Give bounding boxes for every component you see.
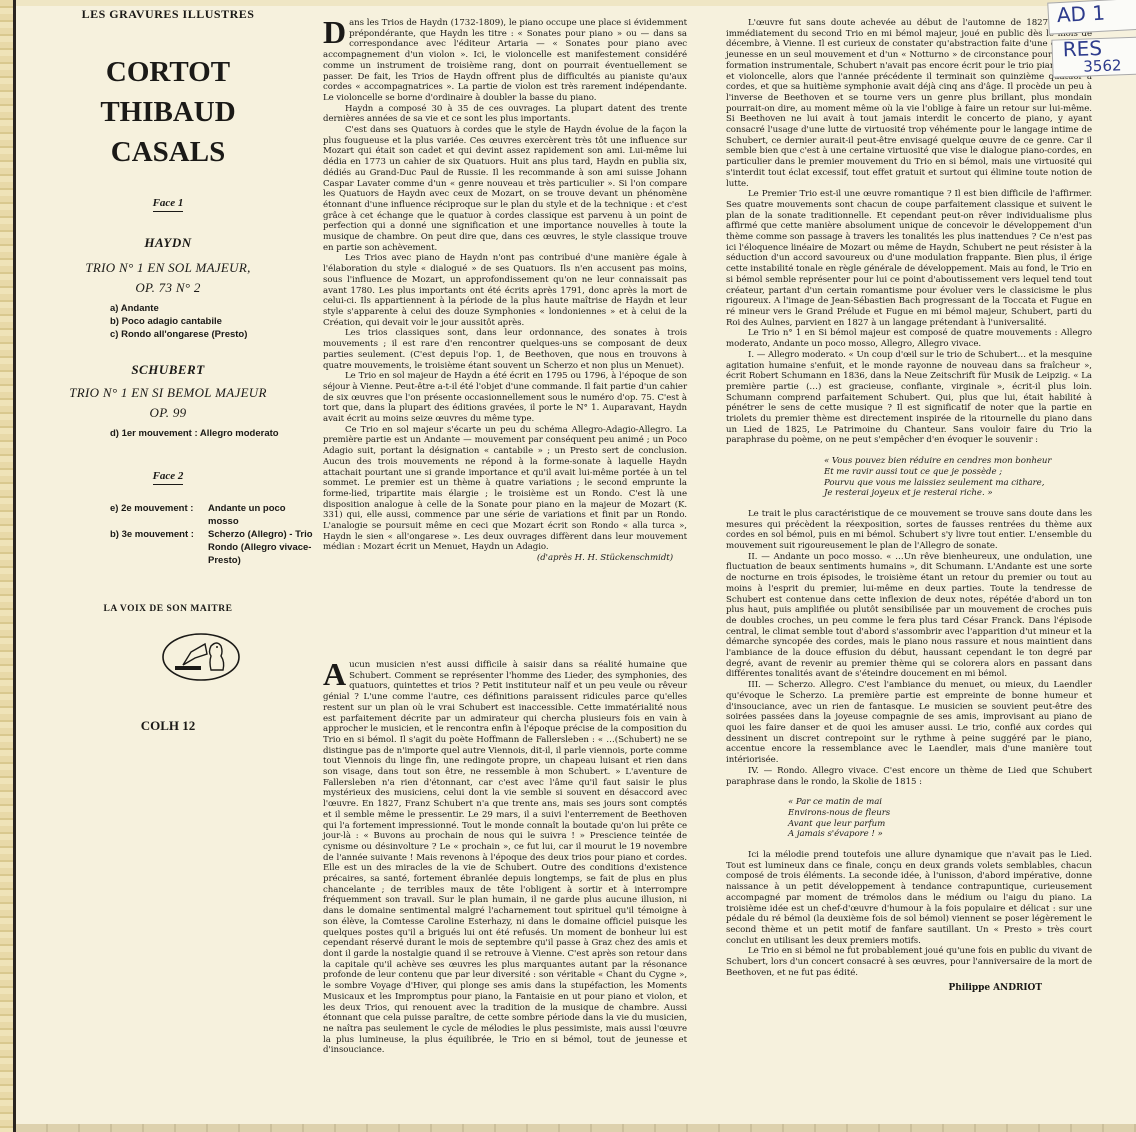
movement-item: d) 1er mouvement : Allegro moderato [110, 427, 279, 440]
movement-item: e) 2e mouvement : Andante un pocomosso [110, 502, 313, 528]
notes-paragraph: Les Trios avec piano de Haydn n'ont pas … [323, 253, 687, 328]
haydn-movements: a) Andante b) Poco adagio cantabile c) R… [110, 302, 247, 341]
series-title: LES GRAVURES ILLUSTRES [18, 7, 318, 22]
notes-paragraph: L'œuvre fut sans doute achevée au début … [726, 18, 1092, 189]
schubert-movement-face1: d) 1er mouvement : Allegro moderato [110, 427, 279, 440]
artist-name: CASALS [18, 132, 318, 172]
library-sticker-shelfmark: RES 3562 [1051, 36, 1136, 77]
notes-paragraph: Haydn a composé 30 à 35 de ces ouvrages.… [323, 104, 687, 125]
work-title-schubert: TRIO N° 1 EN SI BEMOL MAJEUR OP. 99 [18, 383, 318, 423]
notes-paragraph: II. — Andante un poco mosso. « …Un rêve … [726, 552, 1092, 680]
notes-paragraph: Le Trio n° 1 en Si bémol majeur est comp… [726, 328, 1092, 349]
notes-paragraph: Le Trio en sol majeur de Haydn a été écr… [323, 371, 687, 425]
artists-heading: CORTOT THIBAUD CASALS [18, 52, 318, 172]
poem-quote: « Vous pouvez bien réduire en cendres mo… [824, 456, 1092, 499]
movement-item: b) 3e mouvement : Scherzo (Allegro) - Tr… [110, 528, 313, 567]
notes-paragraph: Le trait le plus caractéristique de ce m… [726, 509, 1092, 552]
notes-paragraph: Le Trio en si bémol ne fut probablement … [726, 946, 1092, 978]
his-masters-voice-logo-icon [161, 632, 241, 682]
face-1-heading: Face 1 [18, 197, 318, 209]
face-2-heading: Face 2 [18, 470, 318, 482]
notes-paragraph: Aucun musicien n'est aussi difficile à s… [323, 660, 687, 1056]
notes-paragraph: Le Premier Trio est-il une œuvre romanti… [726, 189, 1092, 328]
notes-paragraph: III. — Scherzo. Allegro. C'est l'ambianc… [726, 680, 1092, 766]
record-sleeve-spine [0, 0, 14, 1132]
citation: (d'après H. H. Stückenschmidt) [323, 553, 673, 564]
drop-cap: D [323, 19, 346, 45]
spine-edge-line [13, 0, 16, 1132]
notes-paragraph: Les trios classiques sont, dans leur ord… [323, 328, 687, 371]
artist-name: THIBAUD [18, 92, 318, 132]
notes-paragraph: C'est dans ses Quatuors à cordes que le … [323, 125, 687, 253]
catalog-number: COLH 12 [18, 718, 318, 734]
schubert-liner-notes: Aucun musicien n'est aussi difficile à s… [323, 660, 687, 1056]
notes-paragraph: Ici la mélodie prend toutefois une allur… [726, 850, 1092, 946]
library-sticker-top: AD 1 [1047, 0, 1136, 35]
notes-paragraph: I. — Allegro moderato. « Un coup d'œil s… [726, 350, 1092, 446]
author-signature: Philippe ANDRIOT [726, 983, 1042, 994]
composer-haydn: HAYDN [18, 235, 318, 251]
notes-paragraph: Dans les Trios de Haydn (1732-1809), le … [323, 18, 687, 104]
haydn-liner-notes: Dans les Trios de Haydn (1732-1809), le … [323, 18, 687, 564]
movement-item: a) Andante [110, 302, 247, 315]
composer-schubert: SCHUBERT [18, 362, 318, 378]
schubert-trio-analysis: L'œuvre fut sans doute achevée au début … [726, 18, 1092, 994]
notes-paragraph: Ce Trio en sol majeur s'écarte un peu du… [323, 425, 687, 553]
face-2-movements: e) 2e mouvement : Andante un pocomosso b… [110, 502, 313, 567]
movement-item: c) Rondo all'ongarese (Presto) [110, 328, 247, 341]
track-listing-panel: LES GRAVURES ILLUSTRES CORTOT THIBAUD CA… [18, 0, 318, 1132]
work-title-haydn: TRIO N° 1 EN SOL MAJEUR, OP. 73 N° 2 [18, 258, 318, 298]
record-label-name: LA VOIX DE SON MAITRE [18, 604, 318, 614]
poem-quote: « Par ce matin de mai Environs-nous de f… [788, 797, 1092, 840]
artist-name: CORTOT [18, 52, 318, 92]
drop-cap: A [323, 661, 346, 687]
notes-paragraph: IV. — Rondo. Allegro vivace. C'est encor… [726, 766, 1092, 787]
movement-item: b) Poco adagio cantabile [110, 315, 247, 328]
